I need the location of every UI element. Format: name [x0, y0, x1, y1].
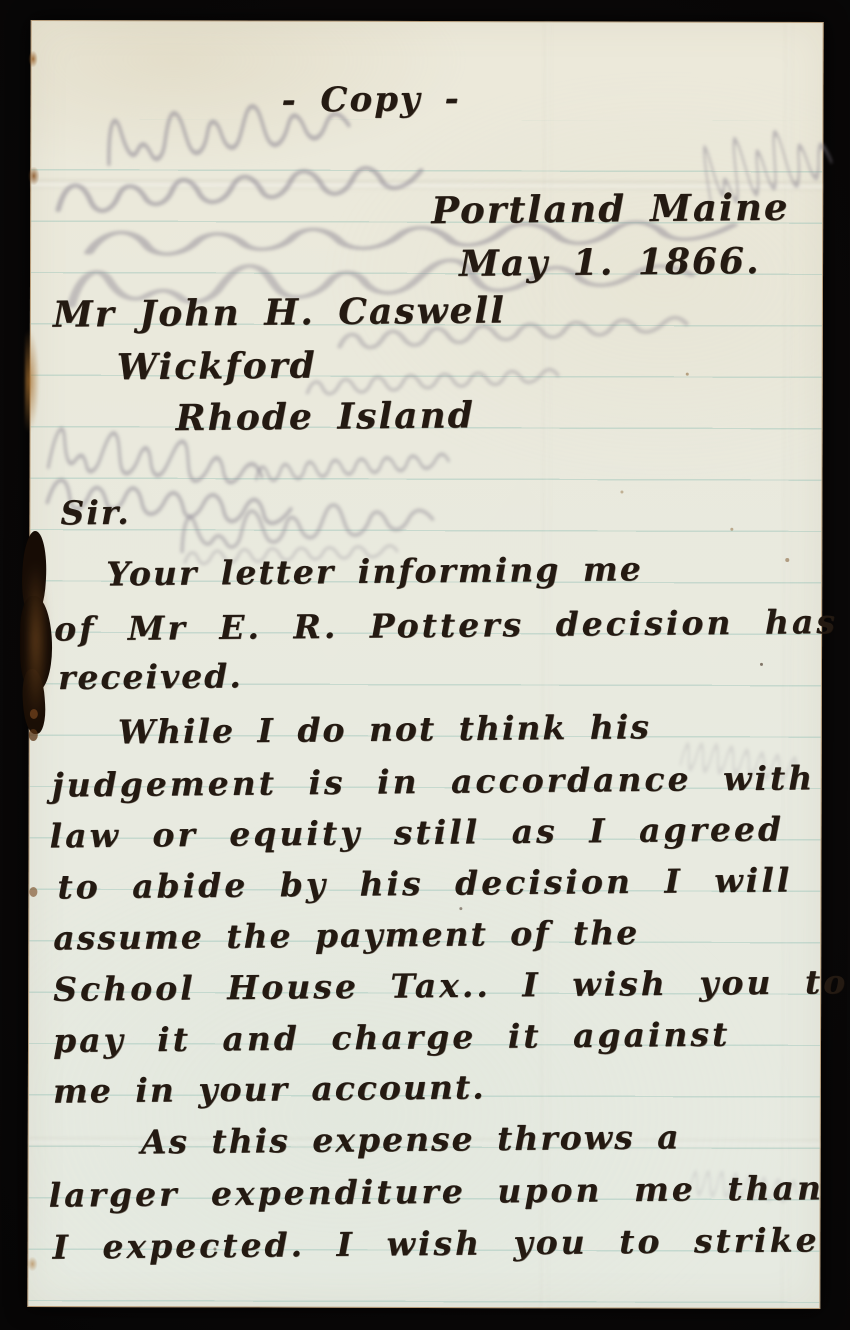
foxing-speck: [620, 491, 623, 494]
letter-body-line: assume the payment of the: [53, 915, 639, 957]
letter-body-line: me in your account.: [53, 1070, 486, 1110]
salutation: Sir.: [60, 495, 131, 532]
letter-body-line: Your letter informing me: [106, 551, 643, 592]
recipient-town: Wickford: [117, 346, 317, 388]
burn-mark: [21, 668, 47, 734]
foxing-speck: [760, 663, 763, 666]
copy-annotation: - Copy -: [281, 81, 461, 120]
letter-body-line: law or equity still as I agreed: [49, 811, 784, 854]
burn-mark: [28, 167, 39, 185]
burn-mark: [25, 316, 47, 446]
letter-body-line: judgement is in accordance with: [52, 760, 816, 804]
dateline-place: Portland Maine: [431, 187, 790, 231]
recipient-name: Mr John H. Caswell: [53, 291, 506, 335]
burn-mark: [27, 1257, 37, 1271]
letter-body-line: As this expense throws a: [141, 1119, 681, 1160]
letter-body-line: received.: [58, 658, 243, 696]
letter-body-line: School House Tax.. I wish you to: [53, 964, 848, 1008]
burn-mark: [29, 729, 38, 741]
burn-mark: [29, 51, 38, 67]
burn-mark: [20, 596, 52, 691]
foxing-speck: [459, 907, 462, 910]
letter-body-line: of Mr E. R. Potters decision has been: [54, 603, 850, 648]
letter-body-line: While I do not think his: [118, 709, 651, 750]
burn-mark: [20, 530, 49, 616]
letter-paper: - Copy - Portland Maine May 1. 1866. Mr …: [27, 20, 823, 1309]
foxing-speck: [686, 373, 689, 376]
letter-body-line: I expected. I wish you to strike: [52, 1222, 819, 1266]
letter-body-line: to abide by his decision I will: [57, 862, 792, 905]
bleedthrough-mark: [250, 430, 453, 498]
photo-background: - Copy - Portland Maine May 1. 1866. Mr …: [0, 0, 850, 1330]
letter-body-line: larger expenditure upon me than: [48, 1170, 824, 1214]
recipient-state: Rhode Island: [175, 396, 475, 438]
bleedthrough-mark: [46, 142, 439, 228]
burn-mark: [30, 709, 38, 719]
burn-mark: [29, 887, 37, 897]
dateline-date: May 1. 1866.: [459, 242, 761, 284]
foxing-speck: [785, 558, 789, 562]
letter-body-line: pay it and charge it against: [53, 1017, 731, 1060]
foxing-speck: [730, 528, 733, 531]
